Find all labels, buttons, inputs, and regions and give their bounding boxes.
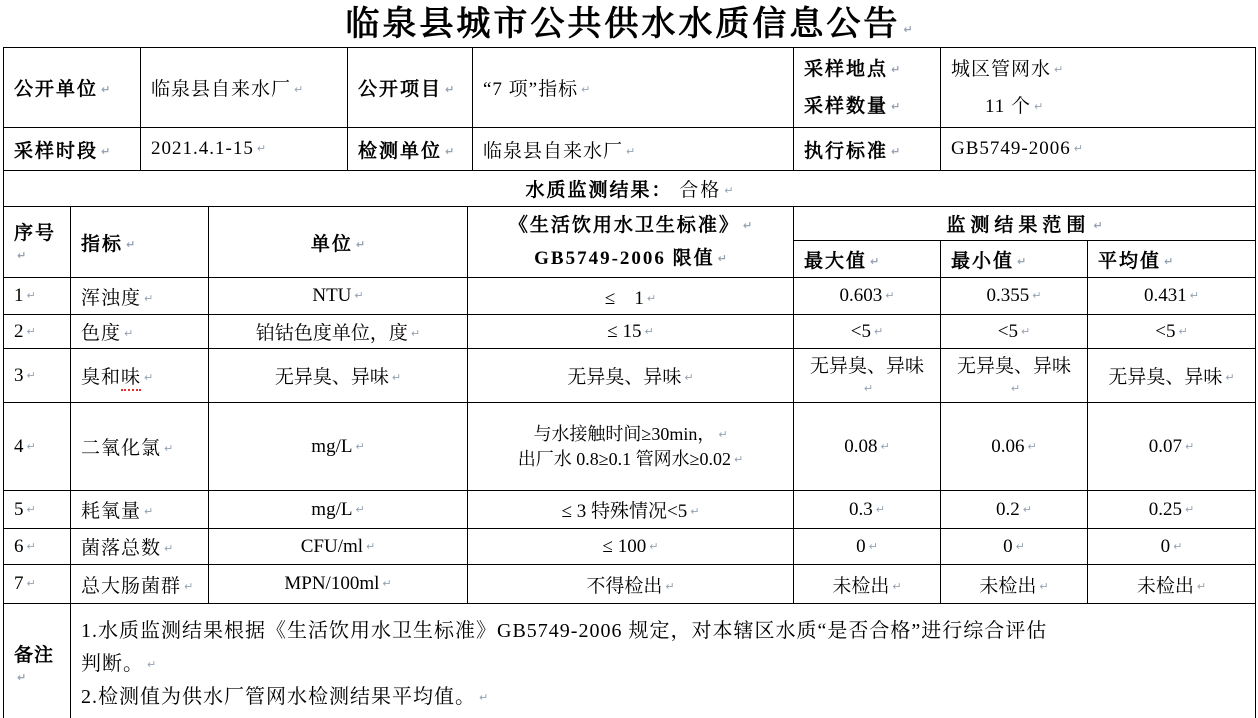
paragraph-mark-icon: ↵ — [1011, 382, 1020, 395]
cell-max: 0.08↵ — [794, 403, 941, 491]
cell-unit: MPN/100ml↵ — [209, 565, 468, 604]
paragraph-mark-icon: ↵ — [27, 289, 36, 302]
paragraph-mark-icon: ↵ — [184, 580, 193, 593]
cell-min: <5↵ — [941, 315, 1088, 349]
cell-unit: mg/L↵ — [209, 403, 468, 491]
cell-limit: 无异臭、异味↵ — [468, 349, 794, 403]
paragraph-mark-icon: ↵ — [294, 83, 303, 96]
cell-avg: 未检出↵ — [1088, 565, 1256, 604]
cell-indicator: 菌落总数↵ — [71, 529, 209, 565]
paragraph-mark-icon: ↵ — [1179, 325, 1188, 338]
sample-site-count-label-cell: 采样地点↵ 采样数量↵ — [794, 48, 941, 128]
paragraph-mark-icon: ↵ — [743, 219, 752, 232]
paragraph-mark-icon: ↵ — [864, 382, 873, 395]
indicator-table-head: 序号↵ 指标↵ 单位↵ 《生活饮用水卫生标准》↵ GB5749-2006 限值↵… — [4, 207, 1256, 278]
cell-limit: ≤ 3 特殊情况<5↵ — [468, 491, 794, 529]
cell-limit: 与水接触时间≥30min，↵出厂水 0.8≥0.1 管网水≥0.02↵ — [468, 403, 794, 491]
cell-indicator: 二氧化氯↵ — [71, 403, 209, 491]
paragraph-mark-icon: ↵ — [392, 371, 401, 384]
paragraph-mark-icon: ↵ — [147, 658, 156, 671]
cell-avg: 无异臭、异味↵ — [1088, 349, 1256, 403]
paragraph-mark-icon: ↵ — [874, 325, 883, 338]
period-label-cell: 采样时段↵ — [4, 128, 141, 171]
remarks-table: 备注↵ 1.水质监测结果根据《生活饮用水卫生标准》GB5749-2006 规定，… — [3, 603, 1256, 718]
cell-seq: 3↵ — [4, 349, 71, 403]
paragraph-mark-icon: ↵ — [1016, 540, 1025, 553]
paragraph-mark-icon: ↵ — [1190, 289, 1199, 302]
paragraph-mark-icon: ↵ — [1054, 63, 1063, 76]
paragraph-mark-icon: ↵ — [144, 292, 153, 305]
paragraph-mark-icon: ↵ — [257, 142, 266, 155]
cell-seq: 7↵ — [4, 565, 71, 604]
open-unit-value-cell: 临泉县自来水厂↵ — [141, 48, 348, 128]
paragraph-mark-icon: ↵ — [892, 580, 901, 593]
paragraph-mark-icon: ↵ — [581, 83, 590, 96]
paragraph-mark-icon: ↵ — [690, 505, 699, 518]
paragraph-mark-icon: ↵ — [17, 671, 26, 684]
cell-unit: mg/L↵ — [209, 491, 468, 529]
paragraph-mark-icon: ↵ — [684, 371, 693, 384]
paragraph-mark-icon: ↵ — [27, 503, 36, 516]
remarks-content-cell: 1.水质监测结果根据《生活饮用水卫生标准》GB5749-2006 规定，对本辖区… — [71, 604, 1256, 718]
cell-min: 未检出↵ — [941, 565, 1088, 604]
remarks-line-1: 1.水质监测结果根据《生活饮用水卫生标准》GB5749-2006 规定，对本辖区… — [81, 615, 1245, 648]
table-row: 5↵耗氧量↵mg/L↵≤ 3 特殊情况<5↵0.3↵0.2↵0.25↵ — [4, 491, 1256, 529]
cell-limit: ≤ 15↵ — [468, 315, 794, 349]
table-row: 6↵菌落总数↵CFU/ml↵≤ 100↵0↵0↵0↵ — [4, 529, 1256, 565]
open-unit-label-cell: 公开单位↵ — [4, 48, 141, 128]
paragraph-mark-icon: ↵ — [479, 691, 488, 704]
cell-avg: 0.07↵ — [1088, 403, 1256, 491]
paragraph-mark-icon: ↵ — [1185, 503, 1194, 516]
paragraph-mark-icon: ↵ — [1034, 100, 1043, 113]
paragraph-mark-icon: ↵ — [382, 577, 391, 590]
cell-unit: 无异臭、异味↵ — [209, 349, 468, 403]
cell-min: 0.2↵ — [941, 491, 1088, 529]
paragraph-mark-icon: ↵ — [1173, 540, 1182, 553]
result-banner-row: 水质监测结果： 合格↵ — [4, 171, 1256, 207]
result-banner-cell: 水质监测结果： 合格↵ — [4, 171, 1256, 207]
paragraph-mark-icon: ↵ — [27, 325, 36, 338]
paragraph-mark-icon: ↵ — [1093, 219, 1102, 232]
standard-label-cell: 执行标准↵ — [794, 128, 941, 171]
paragraph-mark-icon: ↵ — [366, 540, 375, 553]
paragraph-mark-icon: ↵ — [445, 83, 454, 96]
paragraph-mark-icon: ↵ — [718, 252, 727, 265]
test-unit-label-cell: 检测单位↵ — [348, 128, 473, 171]
paragraph-mark-icon: ↵ — [101, 83, 110, 96]
cell-unit: CFU/ml↵ — [209, 529, 468, 565]
cell-indicator: 总大肠菌群↵ — [71, 565, 209, 604]
cell-seq: 1↵ — [4, 278, 71, 315]
header-limit: 《生活饮用水卫生标准》↵ GB5749-2006 限值↵ — [468, 207, 794, 278]
paragraph-mark-icon: ↵ — [355, 440, 364, 453]
paragraph-mark-icon: ↵ — [1021, 325, 1030, 338]
paragraph-mark-icon: ↵ — [891, 145, 900, 158]
paragraph-mark-icon: ↵ — [27, 540, 36, 553]
indicator-table: 序号↵ 指标↵ 单位↵ 《生活饮用水卫生标准》↵ GB5749-2006 限值↵… — [3, 206, 1256, 604]
paragraph-mark-icon: ↵ — [356, 238, 365, 251]
cell-max: 0↵ — [794, 529, 941, 565]
cell-indicator: 臭和味↵ — [71, 349, 209, 403]
paragraph-mark-icon: ↵ — [724, 184, 733, 197]
cell-max: 无异臭、异味↵ — [794, 349, 941, 403]
cell-limit: 不得检出↵ — [468, 565, 794, 604]
test-unit-value-cell: 临泉县自来水厂↵ — [473, 128, 794, 171]
paragraph-mark-icon: ↵ — [891, 100, 900, 113]
header-indicator: 指标↵ — [71, 207, 209, 278]
paragraph-mark-icon: ↵ — [101, 145, 110, 158]
paragraph-mark-icon: ↵ — [1032, 289, 1041, 302]
paragraph-mark-icon: ↵ — [665, 580, 674, 593]
paragraph-mark-icon: ↵ — [885, 289, 894, 302]
cell-min: 0.06↵ — [941, 403, 1088, 491]
paragraph-mark-icon: ↵ — [1039, 580, 1048, 593]
cell-avg: 0↵ — [1088, 529, 1256, 565]
paragraph-mark-icon: ↵ — [869, 540, 878, 553]
paragraph-mark-icon: ↵ — [1028, 440, 1037, 453]
cell-seq: 5↵ — [4, 491, 71, 529]
cell-max: 未检出↵ — [794, 565, 941, 604]
paragraph-mark-icon: ↵ — [445, 145, 454, 158]
paragraph-mark-icon: ↵ — [355, 503, 364, 516]
paragraph-mark-icon: ↵ — [1023, 503, 1032, 516]
table-row: 3↵臭和味↵无异臭、异味↵无异臭、异味↵无异臭、异味↵无异臭、异味↵无异臭、异味… — [4, 349, 1256, 403]
header-unit: 单位↵ — [209, 207, 468, 278]
paragraph-mark-icon: ↵ — [626, 145, 635, 158]
cell-indicator: 浑浊度↵ — [71, 278, 209, 315]
table-row: 4↵二氧化氯↵mg/L↵与水接触时间≥30min，↵出厂水 0.8≥0.1 管网… — [4, 403, 1256, 491]
paragraph-mark-icon: ↵ — [647, 292, 656, 305]
paragraph-mark-icon: ↵ — [870, 255, 879, 268]
period-value-cell: 2021.4.1-15↵ — [141, 128, 348, 171]
remarks-line-2: 判断。↵ — [81, 648, 1245, 681]
cell-limit: ≤ 100↵ — [468, 529, 794, 565]
cell-unit: 铂钴色度单位，度↵ — [209, 315, 468, 349]
paragraph-mark-icon: ↵ — [27, 369, 36, 382]
paragraph-mark-icon: ↵ — [881, 440, 890, 453]
standard-value-cell: GB5749-2006↵ — [941, 128, 1256, 171]
result-banner-table: 水质监测结果： 合格↵ — [3, 170, 1256, 207]
header-avg: 平均值↵ — [1088, 241, 1256, 278]
cell-max: 0.3↵ — [794, 491, 941, 529]
paragraph-mark-icon: ↵ — [124, 327, 133, 340]
paragraph-mark-icon: ↵ — [1185, 440, 1194, 453]
paragraph-mark-icon: ↵ — [734, 453, 743, 466]
cell-min: 0.355↵ — [941, 278, 1088, 315]
paragraph-mark-icon: ↵ — [718, 428, 727, 441]
paragraph-mark-icon: ↵ — [17, 249, 26, 262]
paragraph-mark-icon: ↵ — [1225, 371, 1234, 384]
paragraph-mark-icon: ↵ — [27, 440, 36, 453]
document-page: 临泉县城市公共供水水质信息公告↵ 公开单位↵ 临泉县自来水厂↵ 公开项目↵ “7… — [0, 0, 1258, 718]
header-range: 监测结果范围↵ — [794, 207, 1256, 241]
info-row-2: 采样时段↵ 2021.4.1-15↵ 检测单位↵ 临泉县自来水厂↵ 执行标准↵ … — [4, 128, 1256, 171]
cell-unit: NTU↵ — [209, 278, 468, 315]
header-min: 最小值↵ — [941, 241, 1088, 278]
table-row: 7↵总大肠菌群↵MPN/100ml↵不得检出↵未检出↵未检出↵未检出↵ — [4, 565, 1256, 604]
table-row: 1↵浑浊度↵NTU↵≤ 1↵0.603↵0.355↵0.431↵ — [4, 278, 1256, 315]
paragraph-mark-icon: ↵ — [1017, 255, 1026, 268]
paragraph-mark-icon: ↵ — [411, 327, 420, 340]
header-row-top: 序号↵ 指标↵ 单位↵ 《生活饮用水卫生标准》↵ GB5749-2006 限值↵… — [4, 207, 1256, 241]
cell-seq: 6↵ — [4, 529, 71, 565]
info-row-1: 公开单位↵ 临泉县自来水厂↵ 公开项目↵ “7 项”指标↵ 采样地点↵ 采样数量… — [4, 48, 1256, 128]
header-seq: 序号↵ — [4, 207, 71, 278]
cell-max: 0.603↵ — [794, 278, 941, 315]
cell-avg: <5↵ — [1088, 315, 1256, 349]
paragraph-mark-icon: ↵ — [164, 442, 173, 455]
sample-site-count-value-cell: 城区管网水↵ 11 个↵ — [941, 48, 1256, 128]
paragraph-mark-icon: ↵ — [903, 23, 912, 36]
cell-avg: 0.431↵ — [1088, 278, 1256, 315]
paragraph-mark-icon: ↵ — [126, 238, 135, 251]
remarks-row: 备注↵ 1.水质监测结果根据《生活饮用水卫生标准》GB5749-2006 规定，… — [4, 604, 1256, 718]
cell-indicator: 色度↵ — [71, 315, 209, 349]
result-banner-value: 合格↵ — [679, 180, 733, 201]
paragraph-mark-icon: ↵ — [1164, 255, 1173, 268]
paragraph-mark-icon: ↵ — [644, 325, 653, 338]
cell-avg: 0.25↵ — [1088, 491, 1256, 529]
page-title-text: 临泉县城市公共供水水质信息公告↵ — [345, 5, 912, 43]
open-item-value-cell: “7 项”指标↵ — [473, 48, 794, 128]
cell-limit: ≤ 1↵ — [468, 278, 794, 315]
info-table: 公开单位↵ 临泉县自来水厂↵ 公开项目↵ “7 项”指标↵ 采样地点↵ 采样数量… — [3, 47, 1256, 171]
paragraph-mark-icon: ↵ — [144, 505, 153, 518]
cell-min: 无异臭、异味↵ — [941, 349, 1088, 403]
cell-seq: 4↵ — [4, 403, 71, 491]
cell-min: 0↵ — [941, 529, 1088, 565]
paragraph-mark-icon: ↵ — [1074, 142, 1083, 155]
paragraph-mark-icon: ↵ — [27, 577, 36, 590]
remarks-line-3: 2.检测值为供水厂管网水检测结果平均值。↵ — [81, 681, 1245, 714]
paragraph-mark-icon: ↵ — [164, 542, 173, 555]
remarks-label-cell: 备注↵ — [4, 604, 71, 718]
paragraph-mark-icon: ↵ — [1197, 580, 1206, 593]
paragraph-mark-icon: ↵ — [649, 540, 658, 553]
result-banner-label: 水质监测结果： — [526, 180, 673, 201]
cell-seq: 2↵ — [4, 315, 71, 349]
indicator-table-body: 1↵浑浊度↵NTU↵≤ 1↵0.603↵0.355↵0.431↵2↵色度↵铂钴色… — [4, 278, 1256, 604]
paragraph-mark-icon: ↵ — [891, 63, 900, 76]
header-max: 最大值↵ — [794, 241, 941, 278]
page-title: 临泉县城市公共供水水质信息公告↵ — [3, 2, 1255, 48]
spellcheck-underline: 味 — [121, 367, 141, 391]
cell-indicator: 耗氧量↵ — [71, 491, 209, 529]
paragraph-mark-icon: ↵ — [354, 289, 363, 302]
table-row: 2↵色度↵铂钴色度单位，度↵≤ 15↵<5↵<5↵<5↵ — [4, 315, 1256, 349]
paragraph-mark-icon: ↵ — [144, 371, 153, 384]
paragraph-mark-icon: ↵ — [876, 503, 885, 516]
open-item-label-cell: 公开项目↵ — [348, 48, 473, 128]
cell-max: <5↵ — [794, 315, 941, 349]
